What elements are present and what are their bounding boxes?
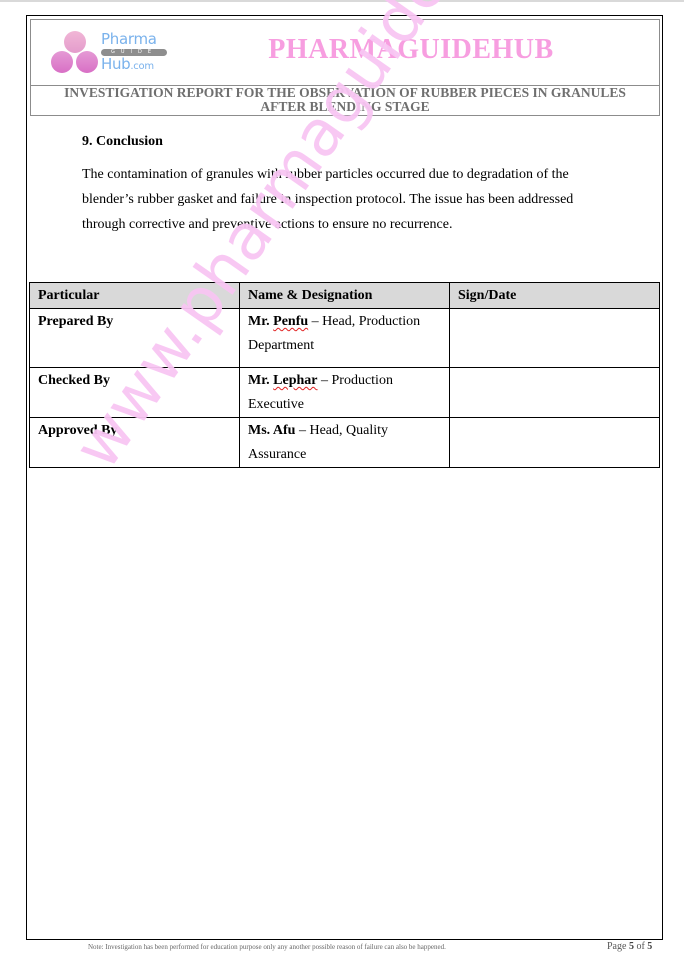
person-title: Mr. xyxy=(248,373,273,388)
particular-cell: Approved By xyxy=(30,418,240,468)
person-title: Ms. xyxy=(248,423,273,438)
name-designation-cell: Mr. Penfu – Head, Production Department xyxy=(240,309,450,368)
report-title-line-1: INVESTIGATION REPORT FOR THE OBSERVATION… xyxy=(31,86,659,100)
sign-date-cell[interactable] xyxy=(450,309,660,368)
person-name: Afu xyxy=(273,423,296,438)
designation-cont: Executive xyxy=(248,397,304,412)
person-title: Mr. xyxy=(248,314,273,329)
particular-cell: Prepared By xyxy=(30,309,240,368)
signoff-table: Particular Name & Designation Sign/Date … xyxy=(29,282,660,468)
report-title-line-2: AFTER BLENDING STAGE xyxy=(31,100,659,114)
conclusion-line: The contamination of granules with rubbe… xyxy=(82,162,602,187)
name-designation-cell: Ms. Afu – Head, Quality Assurance xyxy=(240,418,450,468)
column-header-name-designation: Name & Designation xyxy=(240,283,450,309)
conclusion-line: blender’s rubber gasket and failure in i… xyxy=(82,187,602,212)
logo-circle-icon xyxy=(51,51,73,73)
brand-title: PHARMAGUIDEHUB xyxy=(191,34,631,66)
person-name: Lephar xyxy=(273,373,317,388)
designation: – Head, Quality xyxy=(295,423,388,438)
page-total: 5 xyxy=(647,941,652,952)
designation-cont: Department xyxy=(248,338,314,353)
logo-text-hub: Hub.com xyxy=(101,55,154,73)
designation: – Production xyxy=(318,373,393,388)
sign-date-cell[interactable] xyxy=(450,418,660,468)
table-row: Prepared By Mr. Penfu – Head, Production… xyxy=(30,309,660,368)
table-row: Approved By Ms. Afu – Head, Quality Assu… xyxy=(30,418,660,468)
page-number: Page 5 of 5 xyxy=(607,941,652,952)
page-of: of xyxy=(634,941,647,952)
logo-circle-icon xyxy=(64,31,86,53)
section-heading-conclusion: 9. Conclusion xyxy=(82,134,163,150)
page-label: Page xyxy=(607,941,629,952)
viewer-top-edge xyxy=(0,0,684,2)
report-title: INVESTIGATION REPORT FOR THE OBSERVATION… xyxy=(31,86,659,114)
logo-dotcom: .com xyxy=(130,61,153,72)
column-header-particular: Particular xyxy=(30,283,240,309)
pharmaguidehub-logo: Pharma GUIDE Hub.com xyxy=(51,30,181,78)
particular-cell: Checked By xyxy=(30,368,240,418)
logo-hub: Hub xyxy=(101,55,130,73)
logo-circle-icon xyxy=(76,51,98,73)
page-border xyxy=(26,15,663,940)
footer-note: Note: Investigation has been performed f… xyxy=(88,943,446,951)
logo-text-pharma: Pharma xyxy=(101,30,157,48)
designation-cont: Assurance xyxy=(248,447,306,462)
table-row: Checked By Mr. Lephar – Production Execu… xyxy=(30,368,660,418)
table-header-row: Particular Name & Designation Sign/Date xyxy=(30,283,660,309)
document-header: Pharma GUIDE Hub.com PHARMAGUIDEHUB INVE… xyxy=(30,19,660,116)
name-designation-cell: Mr. Lephar – Production Executive xyxy=(240,368,450,418)
designation: – Head, Production xyxy=(308,314,420,329)
conclusion-paragraph: The contamination of granules with rubbe… xyxy=(82,162,602,237)
conclusion-line: through corrective and preventive action… xyxy=(82,212,602,237)
person-name: Penfu xyxy=(273,314,308,329)
sign-date-cell[interactable] xyxy=(450,368,660,418)
column-header-sign-date: Sign/Date xyxy=(450,283,660,309)
